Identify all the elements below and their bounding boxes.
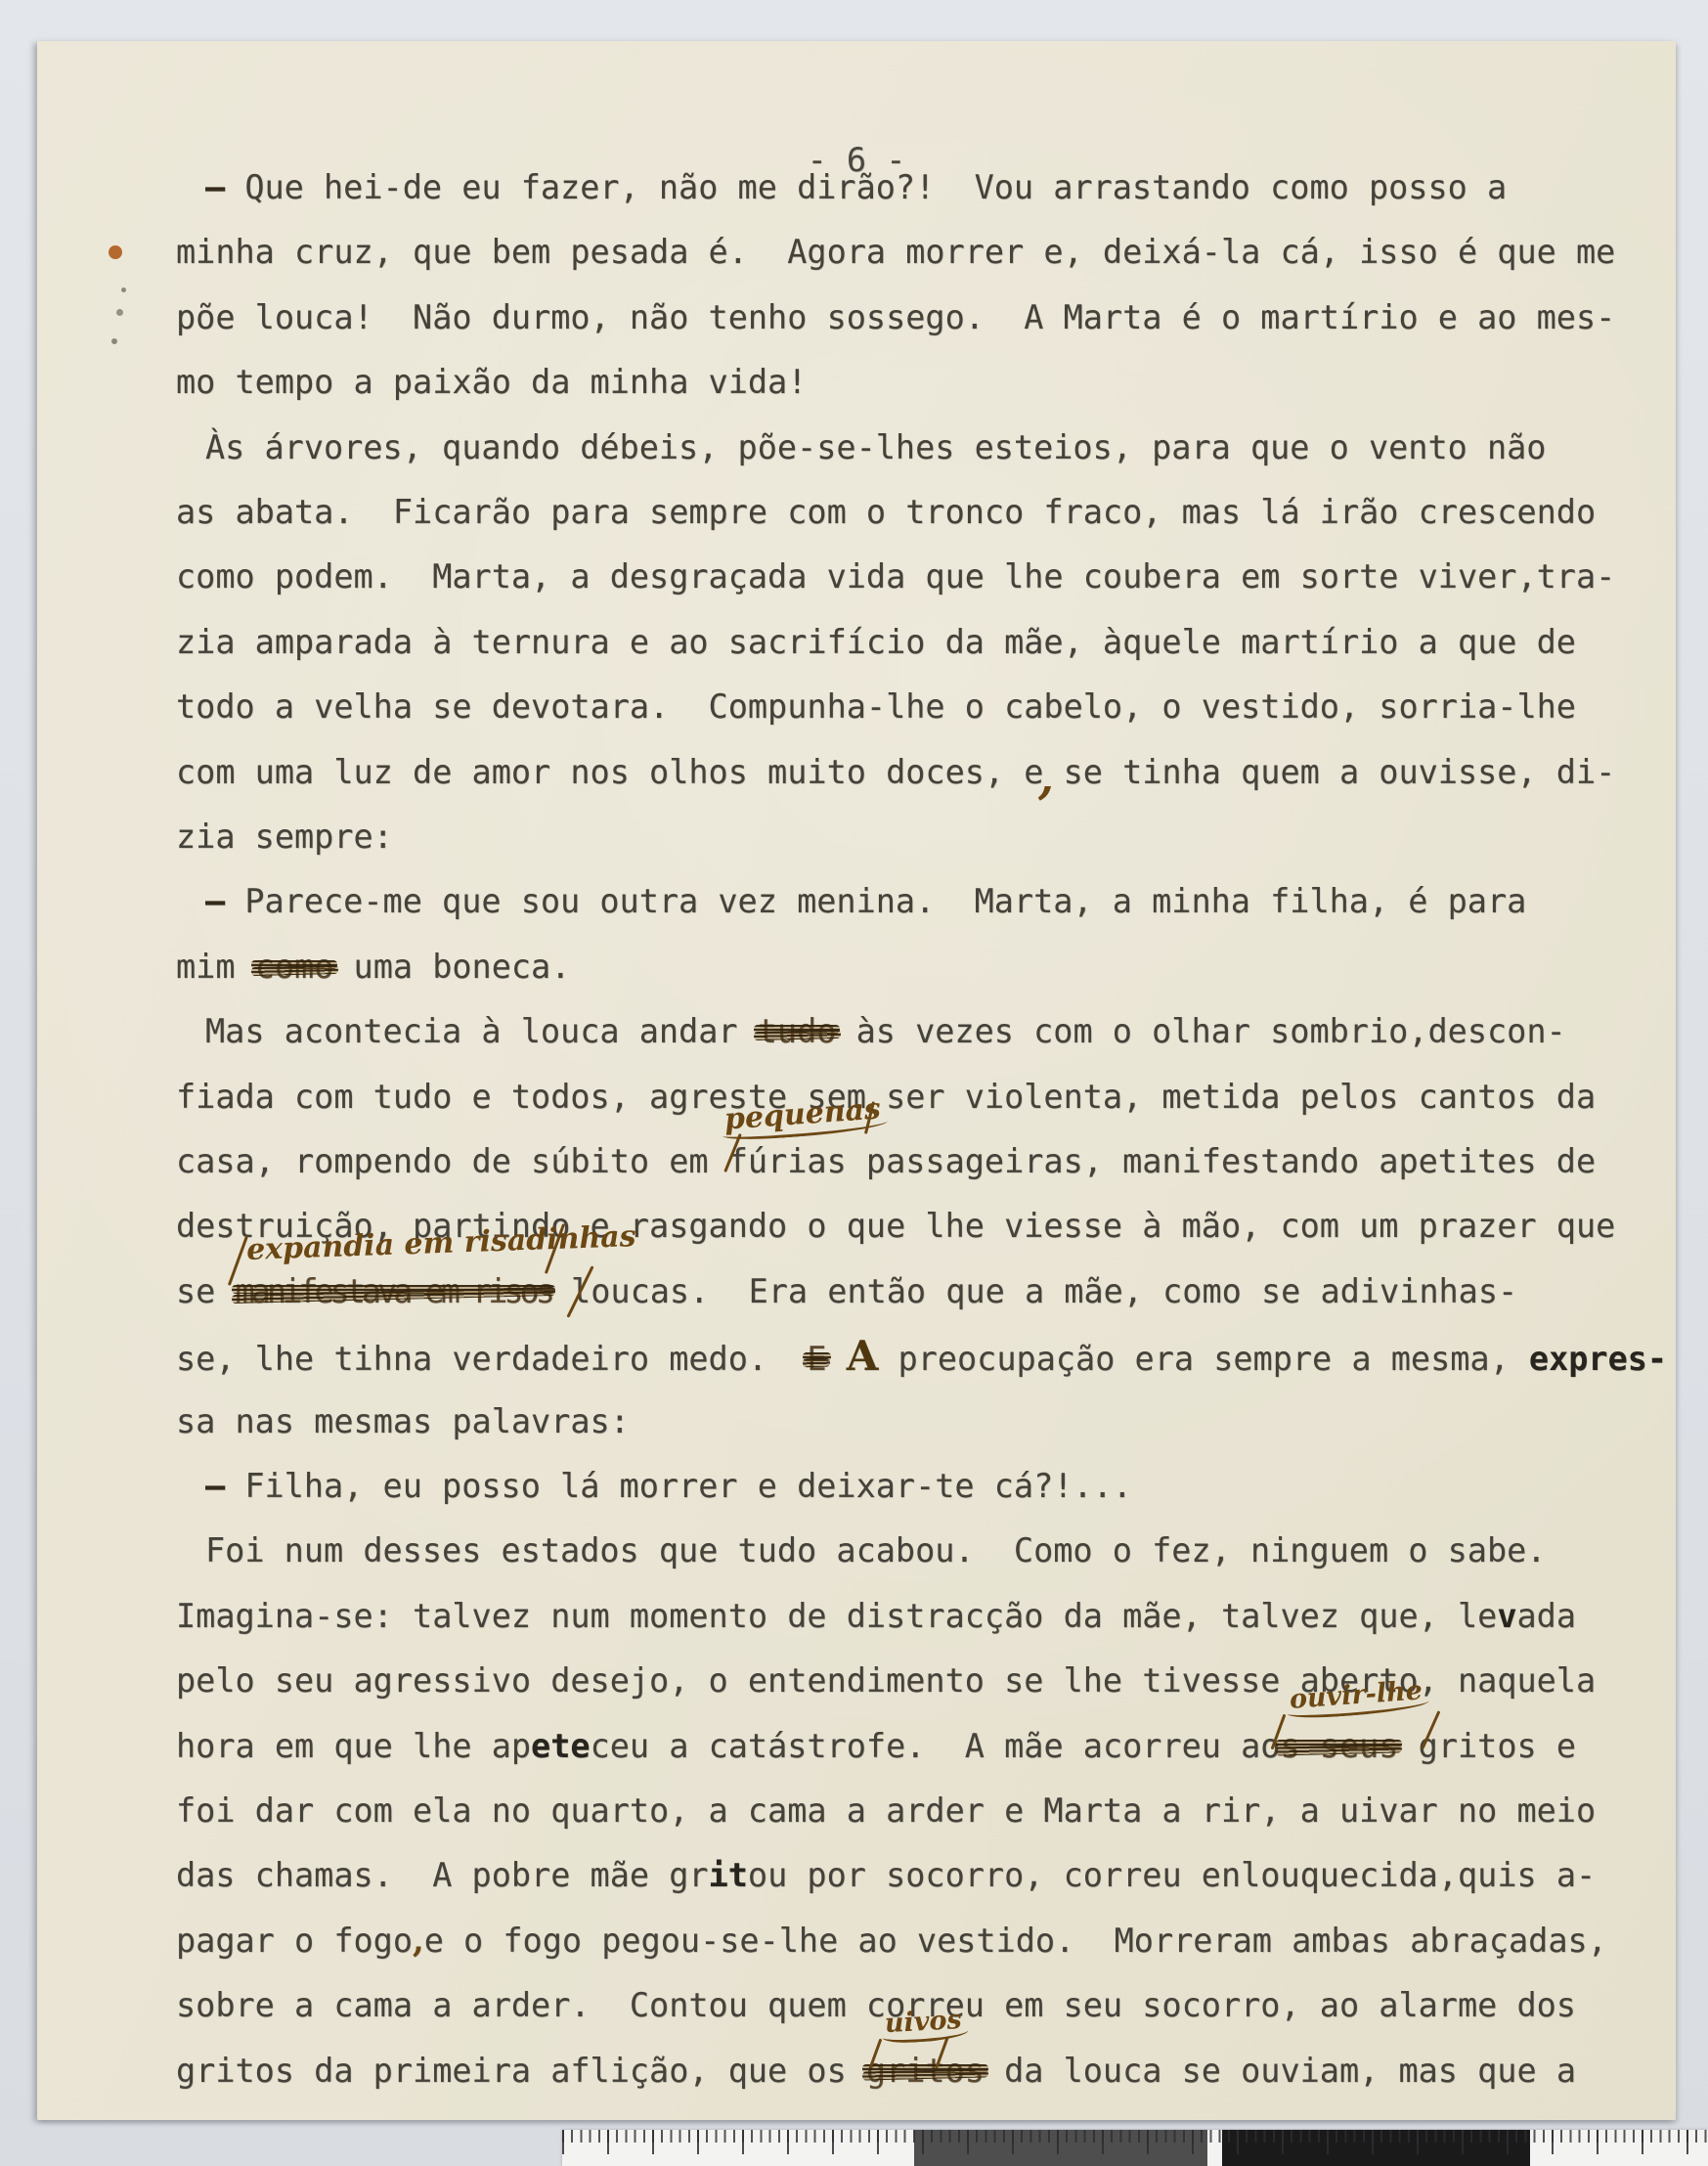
photographic-scale-bar (562, 2130, 1708, 2166)
scale-black-patch (1222, 2130, 1530, 2166)
paper-flaw-layer (0, 0, 1708, 2166)
paper-stain (116, 309, 123, 316)
scanned-document-page: - 6 - — Que hei-de eu fazer, não me dirã… (0, 0, 1708, 2166)
paper-stain (121, 287, 126, 292)
paper-stain (109, 245, 122, 259)
scale-gray-patch (914, 2130, 1207, 2166)
paper-stain (111, 338, 117, 344)
